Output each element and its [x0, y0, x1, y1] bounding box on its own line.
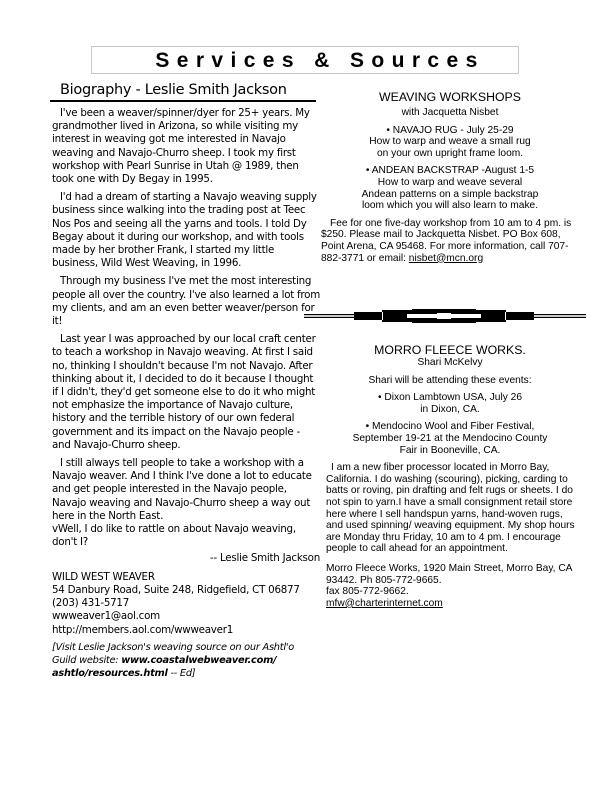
- bio-paragraph: Through my business I've met the most in…: [52, 275, 320, 328]
- shuttle-divider-icon: [304, 306, 586, 326]
- page-title: Services & Sources: [91, 46, 519, 74]
- business-email-link[interactable]: wwweaver1@aol.com: [52, 610, 320, 623]
- business-phone: (203) 431-5717: [52, 597, 320, 610]
- workshop-name: • ANDEAN BACKSTRAP -August 1-5: [319, 165, 581, 177]
- event-line: September 19-21 at the Mendocino County: [319, 433, 581, 445]
- workshop-desc: How to warp and weave several: [319, 177, 581, 189]
- editor-note-suffix: -- Ed]: [168, 668, 196, 679]
- bio-paragraph: I'd had a dream of starting a Navajo wea…: [52, 191, 320, 270]
- wild-west-weaver-contact: WILD WEST WEAVER 54 Danbury Road, Suite …: [52, 571, 320, 637]
- business-name: WILD WEST WEAVER: [52, 571, 320, 584]
- bio-paragraph: I still always tell people to take a wor…: [52, 457, 320, 523]
- business-website-link[interactable]: http://members.aol.com/wwweaver1: [52, 624, 320, 637]
- workshop-fee-info: Fee for one five-day workshop from 10 am…: [319, 218, 581, 264]
- biography-heading: Biography - Leslie Smith Jackson: [50, 80, 316, 102]
- bio-paragraph: Last year I was approached by our local …: [52, 333, 320, 452]
- business-address: 54 Danbury Road, Suite 248, Ridgefield, …: [52, 584, 320, 597]
- event-item: • Mendocino Wool and Fiber Festival, Sep…: [319, 421, 581, 456]
- morro-fleece-fax: fax 805-772-9662.: [319, 586, 581, 598]
- workshop-item: • NAVAJO RUG - July 25-29 How to warp an…: [319, 125, 581, 160]
- workshop-name: • NAVAJO RUG - July 25-29: [319, 125, 581, 137]
- morro-fleece-title: MORRO FLEECE WORKS.: [319, 343, 581, 357]
- morro-fleece-section: MORRO FLEECE WORKS. Shari McKelvy Shari …: [319, 343, 581, 609]
- morro-fleece-address: Morro Fleece Works, 1920 Main Street, Mo…: [319, 563, 581, 586]
- workshop-desc: loom which you will also learn to make.: [319, 200, 581, 212]
- event-item: • Dixon Lambtown USA, July 26 in Dixon, …: [319, 392, 581, 415]
- editor-note: [Visit Leslie Jackson's weaving source o…: [52, 641, 320, 680]
- bio-closing-line: vWell, I do like to rattle on about Nava…: [52, 523, 320, 549]
- biography-column: Biography - Leslie Smith Jackson I've be…: [52, 80, 320, 680]
- event-line: Fair in Booneville, CA.: [319, 445, 581, 457]
- editor-note-url-link[interactable]: www.coastalwebweaver.com/: [121, 655, 276, 666]
- editor-note-url-link-cont[interactable]: ashtlo/resources.html: [52, 668, 168, 679]
- morro-fleece-owner: Shari McKelvy: [319, 357, 581, 369]
- workshop-desc: Andean patterns on a simple backstrap: [319, 189, 581, 201]
- workshops-title: WEAVING WORKSHOPS: [319, 90, 581, 105]
- nisbet-email-link[interactable]: nisbet@mcn.org: [409, 253, 483, 264]
- event-line: • Dixon Lambtown USA, July 26: [319, 392, 581, 404]
- bio-signature: -- Leslie Smith Jackson: [52, 552, 320, 565]
- event-line: in Dixon, CA.: [319, 404, 581, 416]
- event-line: • Mendocino Wool and Fiber Festival,: [319, 421, 581, 433]
- workshops-section: WEAVING WORKSHOPS with Jacquetta Nisbet …: [319, 90, 581, 264]
- events-intro: Shari will be attending these events:: [319, 375, 581, 387]
- morro-fleece-description: I am a new fiber processor located in Mo…: [319, 462, 581, 555]
- workshop-desc: How to warp and weave a small rug: [319, 136, 581, 148]
- workshop-desc: on your own upright frame loom.: [319, 148, 581, 160]
- workshops-subtitle: with Jacquetta Nisbet: [319, 107, 581, 119]
- morro-fleece-email-link[interactable]: mfw@charterinternet.com: [319, 598, 581, 610]
- workshop-item: • ANDEAN BACKSTRAP -August 1-5 How to wa…: [319, 165, 581, 211]
- bio-paragraph: I've been a weaver/spinner/dyer for 25+ …: [52, 107, 320, 186]
